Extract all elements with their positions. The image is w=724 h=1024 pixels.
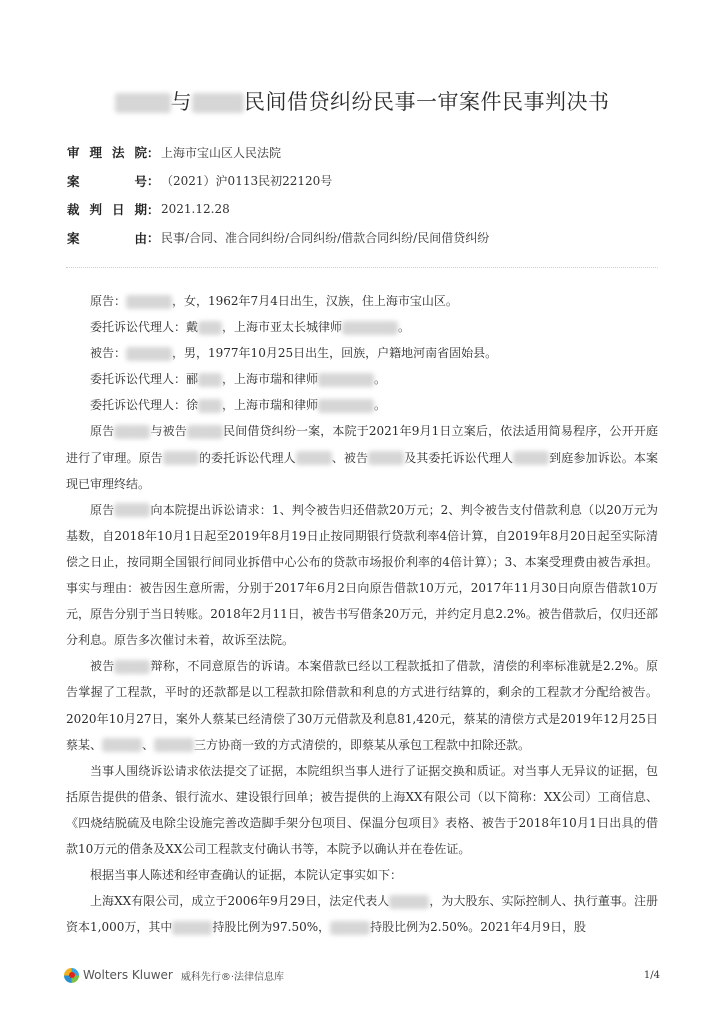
meta-court: 审理法院 ： 上海市宝山区人民法院 — [67, 138, 667, 167]
paragraph-defense: 被告辩称，不同意原告的诉请。本案借款已经以工程款抵扣了借款，清偿的利率标准就是2… — [66, 653, 658, 757]
case-number-value: （2021）沪0113民初22120号 — [161, 172, 332, 189]
page-footer: Wolters Kluwer 威科先行®·法律信息库 1/4 — [64, 964, 660, 986]
case-meta: 审理法院 ： 上海市宝山区人民法院 案号 ： （2021）沪0113民初2212… — [67, 138, 667, 252]
document-title: 与民间借贷纠纷民事一审案件民事判决书 — [0, 86, 724, 116]
paragraph-defendant: 被告：，男，1977年10月25日出生，回族，户籍地河南省固始县。 — [66, 340, 658, 366]
title-main: 民间借贷纠纷民事一审案件民事判决书 — [244, 90, 610, 114]
redacted-name — [126, 347, 172, 361]
paragraph-evidence: 当事人围绕诉讼请求依法提交了证据，本院组织当事人进行了证据交换和质证。对当事人无… — [66, 758, 658, 862]
judgment-body: 原告：，女，1962年7月4日出生，汉族，住上海市宝山区。 委托诉讼代理人：戴，… — [66, 288, 658, 940]
redacted-name — [198, 399, 222, 413]
page-number: 1/4 — [644, 970, 660, 981]
redacted-name — [198, 321, 222, 335]
redacted-firm — [318, 373, 374, 387]
redacted-name — [126, 295, 172, 309]
dotted-divider — [66, 267, 658, 268]
paragraph-plaintiff-agent: 委托诉讼代理人：戴，上海市亚太长城律师。 — [66, 314, 658, 340]
wolters-kluwer-logo-icon — [64, 968, 79, 983]
judgment-date-value: 2021.12.28 — [161, 202, 230, 216]
redacted-name — [198, 373, 222, 387]
redacted-firm — [342, 321, 398, 335]
redacted-party-2 — [192, 93, 244, 113]
paragraph-plaintiff: 原告：，女，1962年7月4日出生，汉族，住上海市宝山区。 — [66, 288, 658, 314]
paragraph-findings-intro: 根据当事人陈述和经审查确认的证据，本院认定事实如下： — [66, 862, 658, 888]
paragraph-case-intro: 原告与被告民间借贷纠纷一案，本院于2021年9月1日立案后，依法适用简易程序，公… — [66, 418, 658, 496]
cause-value: 民事/合同、准合同纠纷/合同纠纷/借款合同纠纷/民间借贷纠纷 — [161, 229, 489, 246]
paragraph-company: 上海XX有限公司，成立于2006年9月29日，法定代表人，为大股东、实际控制人、… — [66, 888, 658, 940]
meta-judgment-date: 裁判日期 ： 2021.12.28 — [67, 195, 667, 224]
title-connector: 与 — [171, 90, 193, 114]
meta-case-number: 案号 ： （2021）沪0113民初22120号 — [67, 167, 667, 196]
brand-name: Wolters Kluwer — [83, 968, 173, 982]
brand-name-cn: 威科先行®·法律信息库 — [181, 968, 284, 983]
redacted-firm — [318, 399, 374, 413]
meta-cause: 案由 ： 民事/合同、准合同纠纷/合同纠纷/借款合同纠纷/民间借贷纠纷 — [67, 224, 667, 253]
court-value: 上海市宝山区人民法院 — [161, 144, 281, 161]
paragraph-defendant-agent-2: 委托诉讼代理人：徐，上海市瑞和律师。 — [66, 392, 658, 418]
paragraph-defendant-agent-1: 委托诉讼代理人：郦，上海市瑞和律师。 — [66, 366, 658, 392]
redacted-party-1 — [115, 93, 171, 113]
paragraph-claims: 原告向本院提出诉讼请求：1、判令被告归还借款20万元；2、判令被告支付借款利息（… — [66, 497, 658, 654]
